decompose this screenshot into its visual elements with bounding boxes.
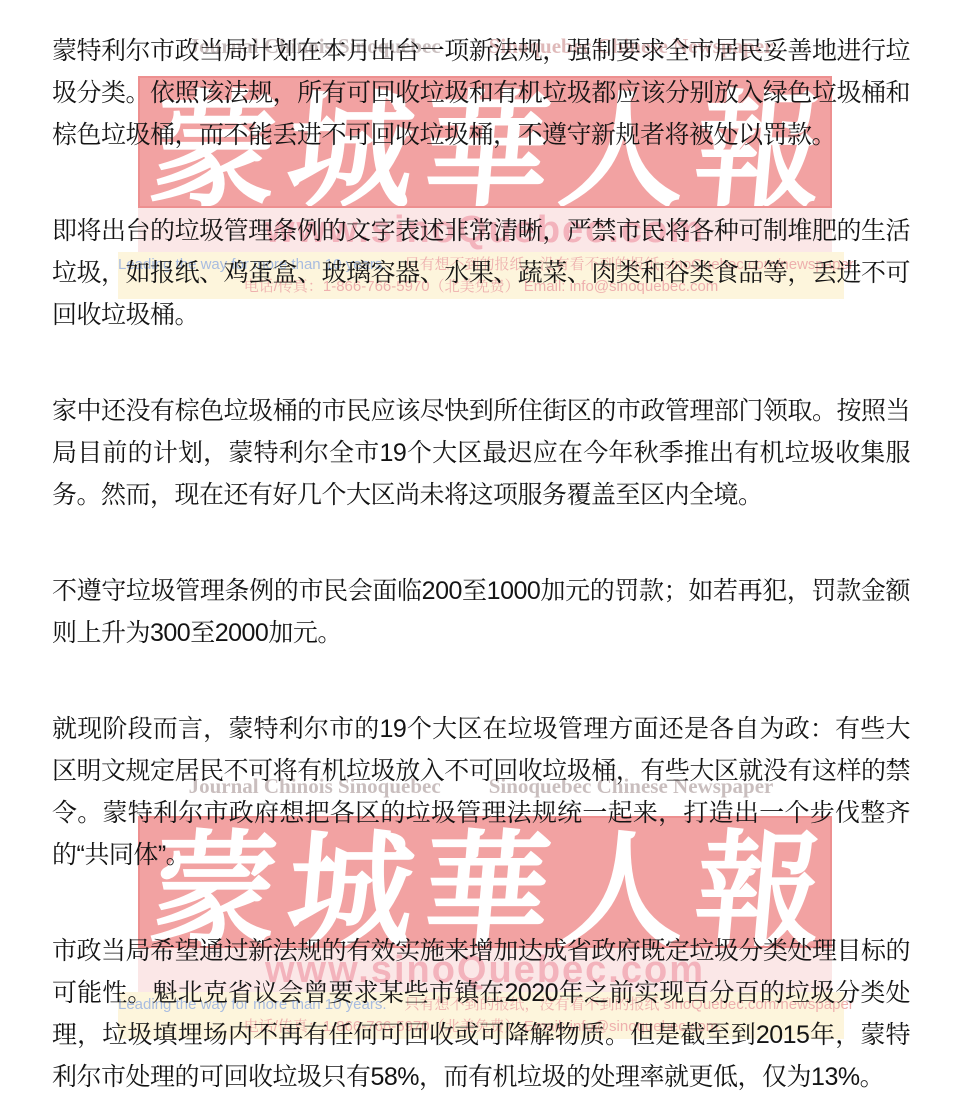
article-paragraph-6: 市政当局希望通过新法规的有效实施来增加达成省政府既定垃圾分类处理目标的可能性。魁… <box>52 930 910 1097</box>
article-body: 蒙特利尔市政当局计划在本月出台一项新法规，强制要求全市居民妥善地进行垃圾分类。依… <box>52 30 910 1097</box>
article-paragraph-2: 即将出台的垃圾管理条例的文字表述非常清晰，严禁市民将各种可制堆肥的生活垃圾，如报… <box>52 210 910 336</box>
article-paragraph-1: 蒙特利尔市政当局计划在本月出台一项新法规，强制要求全市居民妥善地进行垃圾分类。依… <box>52 30 910 156</box>
article-paragraph-5: 就现阶段而言，蒙特利尔市的19个大区在垃圾管理方面还是各自为政：有些大区明文规定… <box>52 708 910 876</box>
article-paragraph-3: 家中还没有棕色垃圾桶的市民应该尽快到所住街区的市政管理部门领取。按照当局目前的计… <box>52 390 910 516</box>
article-paragraph-4: 不遵守垃圾管理条例的市民会面临200至1000加元的罚款；如若再犯，罚款金额则上… <box>52 570 910 654</box>
